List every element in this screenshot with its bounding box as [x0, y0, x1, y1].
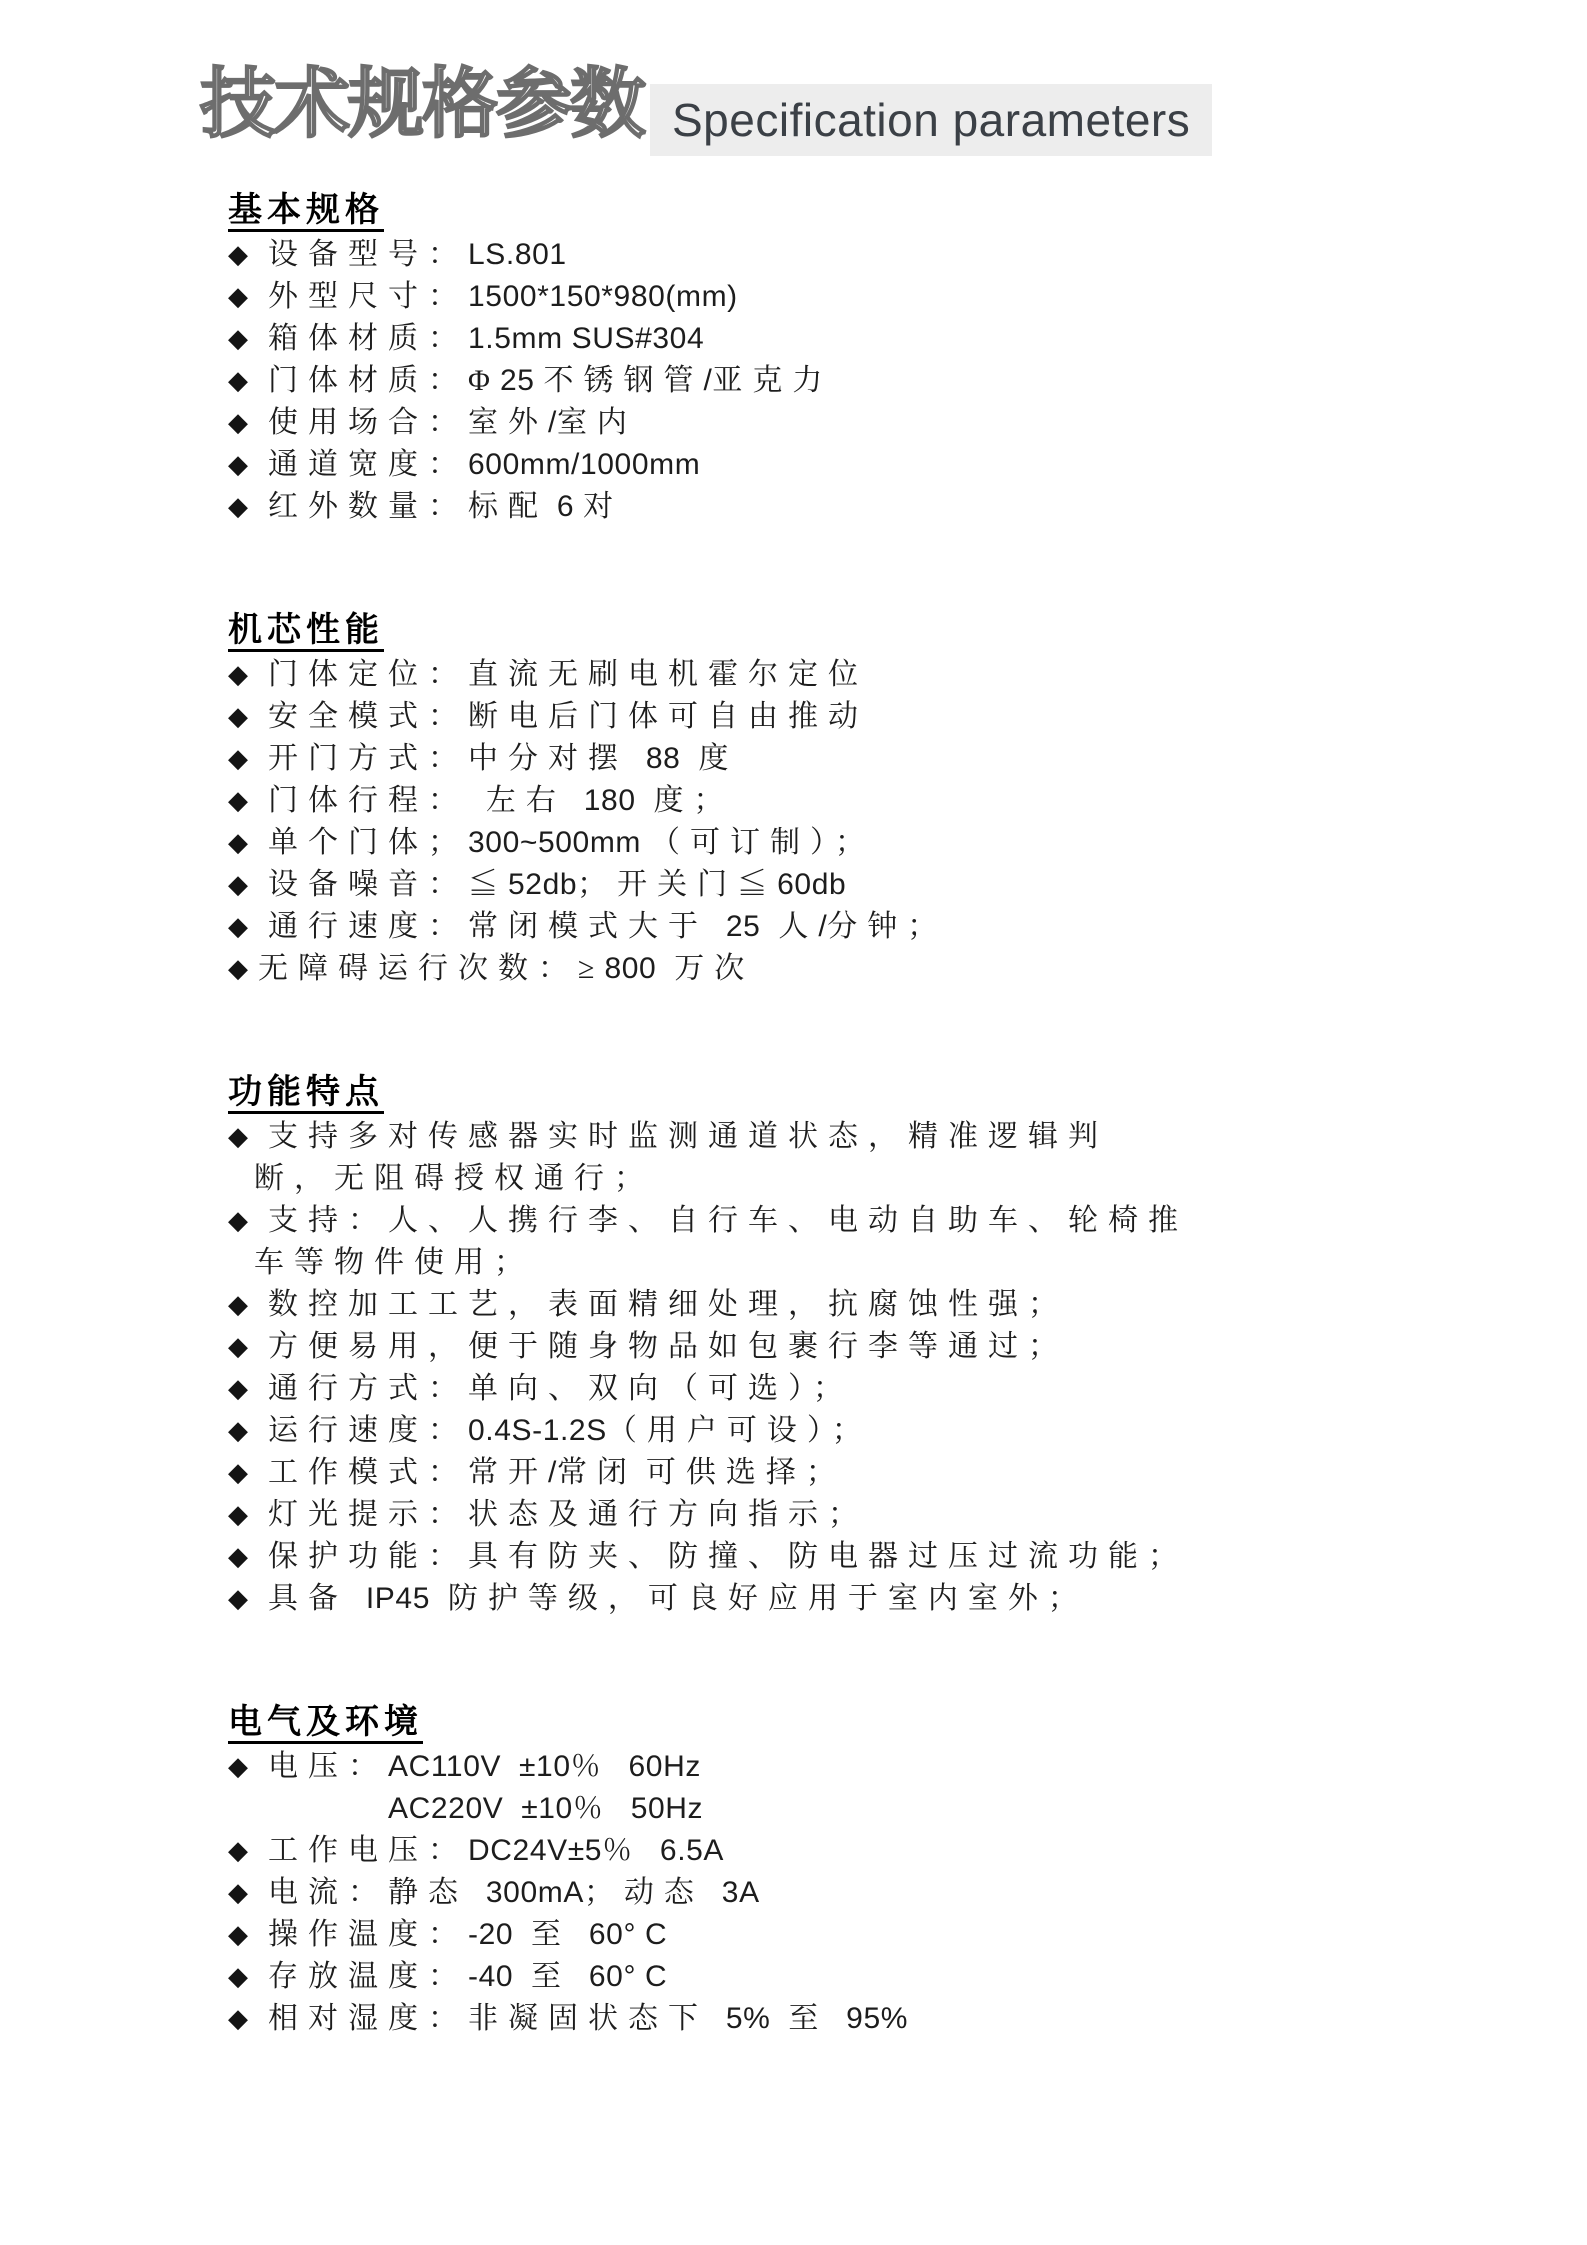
section-heading: 电气及环境: [228, 1704, 423, 1744]
section-4: 电气及环境◆电压：AC110V ±10％ 60HzAC220V ±10％ 50H…: [228, 1704, 1408, 2040]
diamond-bullet-icon: ◆: [228, 1578, 268, 1620]
list-item: ◆支持：人、人携行李、自行车、电动自助车、轮椅推: [228, 1200, 1408, 1242]
list-item: ◆运行速度：0.4S-1.2S（用户可设）；: [228, 1410, 1408, 1452]
item-text: 方便易用，便于随身物品如包裹行李等通过；: [268, 1326, 1068, 1368]
item-text: 操作温度：-20 至 60° C: [268, 1914, 667, 1956]
list-item: ◆方便易用，便于随身物品如包裹行李等通过；: [228, 1326, 1408, 1368]
title-zh-outline: 技术规格参数: [198, 44, 650, 156]
list-item: ◆工作模式：常开/常闭 可供选择；: [228, 1452, 1408, 1494]
diamond-bullet-icon: ◆: [228, 738, 268, 780]
title-zh-text: 技术规格参数: [200, 63, 646, 147]
item-text: 通行速度：常闭模式大于 25 人/分钟；: [268, 906, 947, 948]
list-item: ◆箱体材质：1.5mm SUS#304: [228, 318, 1408, 360]
list-item: ◆电流：静态 300mA；动态 3A: [228, 1872, 1408, 1914]
diamond-bullet-icon: ◆: [228, 318, 268, 360]
diamond-bullet-icon: ◆: [228, 486, 268, 528]
diamond-bullet-icon: ◆: [228, 1956, 268, 1998]
list-item: ◆外型尺寸：1500*150*980(mm): [228, 276, 1408, 318]
item-text: 箱体材质：1.5mm SUS#304: [268, 318, 704, 360]
list-item: ◆电压：AC110V ±10％ 60Hz: [228, 1746, 1408, 1788]
list-item: AC220V ±10％ 50Hz: [228, 1788, 1408, 1830]
item-text: 门体材质：Φ25 不锈钢管/亚克力: [268, 360, 832, 402]
diamond-bullet-icon: ◆: [228, 1410, 268, 1452]
spec-list: ◆支持多对传感器实时监测通道状态，精准逻辑判断，无阻碍授权通行；◆支持：人、人携…: [228, 1116, 1408, 1620]
item-text: AC220V ±10％ 50Hz: [388, 1788, 703, 1830]
diamond-bullet-icon: ◆: [228, 1830, 268, 1872]
item-text: 支持多对传感器实时监测通道状态，精准逻辑判: [268, 1116, 1108, 1158]
item-text: 外型尺寸：1500*150*980(mm): [268, 276, 738, 318]
list-item: ◆设备型号：LS.801: [228, 234, 1408, 276]
item-text: 通行方式：单向、双向（可选）；: [268, 1368, 853, 1410]
list-item: ◆门体定位：直流无刷电机霍尔定位: [228, 654, 1408, 696]
item-text: 支持：人、人携行李、自行车、电动自助车、轮椅推: [268, 1200, 1188, 1242]
list-item: ◆支持多对传感器实时监测通道状态，精准逻辑判: [228, 1116, 1408, 1158]
diamond-bullet-icon: ◆: [228, 276, 268, 318]
section-heading: 功能特点: [228, 1074, 384, 1114]
section-2: 机芯性能◆门体定位：直流无刷电机霍尔定位◆安全模式：断电后门体可自由推动◆开门方…: [228, 612, 1408, 990]
list-item: ◆门体行程： 左右 180 度；: [228, 780, 1408, 822]
spec-list: ◆电压：AC110V ±10％ 60HzAC220V ±10％ 50Hz◆工作电…: [228, 1746, 1408, 2040]
title-en-box: Specification parameters: [650, 84, 1212, 156]
list-item: ◆相对湿度：非凝固状态下 5% 至 95%: [228, 1998, 1408, 2040]
section-heading: 机芯性能: [228, 612, 384, 652]
section-1: 基本规格◆设备型号：LS.801◆外型尺寸：1500*150*980(mm)◆箱…: [228, 192, 1408, 528]
diamond-bullet-icon: ◆: [228, 948, 258, 990]
diamond-bullet-icon: ◆: [228, 1284, 268, 1326]
section-heading: 基本规格: [228, 192, 384, 232]
list-item: ◆具备 IP45 防护等级，可良好应用于室内室外；: [228, 1578, 1408, 1620]
list-item: ◆灯光提示：状态及通行方向指示；: [228, 1494, 1408, 1536]
item-text: 使用场合：室外/室内: [268, 402, 637, 444]
list-item: ◆安全模式：断电后门体可自由推动: [228, 696, 1408, 738]
diamond-bullet-icon: ◆: [228, 1494, 268, 1536]
list-item: ◆设备噪音：≦52db；开关门≦60db: [228, 864, 1408, 906]
diamond-bullet-icon: ◆: [228, 1452, 268, 1494]
item-text: 设备噪音：≦52db；开关门≦60db: [268, 864, 846, 906]
item-text: 相对湿度：非凝固状态下 5% 至 95%: [268, 1998, 908, 2040]
section-3: 功能特点◆支持多对传感器实时监测通道状态，精准逻辑判断，无阻碍授权通行；◆支持：…: [228, 1074, 1408, 1620]
item-text: 红外数量：标配 6 对: [268, 486, 623, 528]
list-item: ◆保护功能：具有防夹、防撞、防电器过压过流功能；: [228, 1536, 1408, 1578]
diamond-bullet-icon: ◆: [228, 1872, 268, 1914]
diamond-bullet-icon: ◆: [228, 1326, 268, 1368]
diamond-bullet-icon: ◆: [228, 360, 268, 402]
list-item: ◆门体材质：Φ25 不锈钢管/亚克力: [228, 360, 1408, 402]
item-text: 具备 IP45 防护等级，可良好应用于室内室外；: [268, 1578, 1088, 1620]
list-item: ◆使用场合：室外/室内: [228, 402, 1408, 444]
list-item: ◆无障碍运行次数：≥800 万次: [228, 948, 1408, 990]
spec-sections: 基本规格◆设备型号：LS.801◆外型尺寸：1500*150*980(mm)◆箱…: [228, 192, 1408, 2040]
diamond-bullet-icon: ◆: [228, 1116, 268, 1158]
list-item: 车等物件使用；: [228, 1242, 1408, 1284]
item-text: 门体定位：直流无刷电机霍尔定位: [268, 654, 868, 696]
list-item: ◆数控加工工艺，表面精细处理，抗腐蚀性强；: [228, 1284, 1408, 1326]
diamond-bullet-icon: ◆: [228, 654, 268, 696]
item-text: 灯光提示：状态及通行方向指示；: [268, 1494, 868, 1536]
list-item: ◆单个门体；300~500mm （可订制）；: [228, 822, 1408, 864]
list-item: ◆存放温度：-40 至 60° C: [228, 1956, 1408, 1998]
item-text: 单个门体；300~500mm （可订制）；: [268, 822, 875, 864]
list-item: ◆开门方式：中分对摆 88 度: [228, 738, 1408, 780]
item-text: 无障碍运行次数：≥800 万次: [258, 948, 754, 990]
diamond-bullet-icon: ◆: [228, 864, 268, 906]
item-text: 电流：静态 300mA；动态 3A: [268, 1872, 760, 1914]
diamond-bullet-icon: ◆: [228, 1746, 268, 1788]
item-text: 存放温度：-40 至 60° C: [268, 1956, 667, 1998]
diamond-bullet-icon: ◆: [228, 822, 268, 864]
list-item: ◆通道宽度：600mm/1000mm: [228, 444, 1408, 486]
item-text: 通道宽度：600mm/1000mm: [268, 444, 700, 486]
item-text: 安全模式：断电后门体可自由推动: [268, 696, 868, 738]
item-text: 门体行程： 左右 180 度；: [268, 780, 733, 822]
list-item: ◆工作电压：DC24V±5％ 6.5A: [228, 1830, 1408, 1872]
list-item: ◆红外数量：标配 6 对: [228, 486, 1408, 528]
item-text: 运行速度：0.4S-1.2S（用户可设）；: [268, 1410, 872, 1452]
diamond-bullet-icon: ◆: [228, 234, 268, 276]
item-text: 电压：AC110V ±10％ 60Hz: [268, 1746, 701, 1788]
title-en-text: Specification parameters: [672, 93, 1190, 147]
diamond-bullet-icon: ◆: [228, 1998, 268, 2040]
diamond-bullet-icon: ◆: [228, 1914, 268, 1956]
item-text: 保护功能：具有防夹、防撞、防电器过压过流功能；: [268, 1536, 1188, 1578]
item-text: 数控加工工艺，表面精细处理，抗腐蚀性强；: [268, 1284, 1068, 1326]
list-item: ◆通行速度：常闭模式大于 25 人/分钟；: [228, 906, 1408, 948]
list-item: ◆通行方式：单向、双向（可选）；: [228, 1368, 1408, 1410]
item-text: 工作电压：DC24V±5％ 6.5A: [268, 1830, 724, 1872]
item-text: 车等物件使用；: [254, 1242, 534, 1284]
diamond-bullet-icon: ◆: [228, 1368, 268, 1410]
diamond-bullet-icon: ◆: [228, 1536, 268, 1578]
diamond-bullet-icon: ◆: [228, 906, 268, 948]
item-text: 工作模式：常开/常闭 可供选择；: [268, 1452, 846, 1494]
spec-list: ◆门体定位：直流无刷电机霍尔定位◆安全模式：断电后门体可自由推动◆开门方式：中分…: [228, 654, 1408, 990]
list-item: ◆操作温度：-20 至 60° C: [228, 1914, 1408, 1956]
diamond-bullet-icon: ◆: [228, 402, 268, 444]
spec-list: ◆设备型号：LS.801◆外型尺寸：1500*150*980(mm)◆箱体材质：…: [228, 234, 1408, 528]
item-text: 设备型号：LS.801: [268, 234, 567, 276]
item-text: 断，无阻碍授权通行；: [254, 1158, 654, 1200]
spec-document-page: 技术规格参数 Specification parameters 基本规格◆设备型…: [0, 0, 1587, 2245]
diamond-bullet-icon: ◆: [228, 1200, 268, 1242]
item-text: 开门方式：中分对摆 88 度: [268, 738, 738, 780]
diamond-bullet-icon: ◆: [228, 444, 268, 486]
diamond-bullet-icon: ◆: [228, 696, 268, 738]
document-title: 技术规格参数 Specification parameters: [198, 44, 1212, 156]
list-item: 断，无阻碍授权通行；: [228, 1158, 1408, 1200]
diamond-bullet-icon: ◆: [228, 780, 268, 822]
